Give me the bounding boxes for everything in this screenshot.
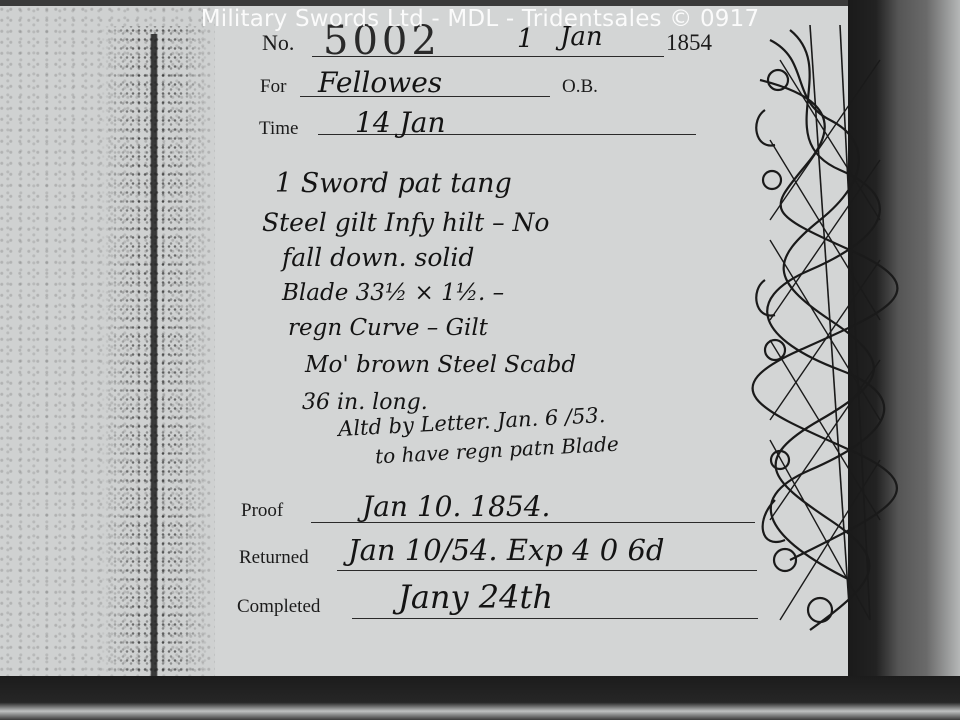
time-label: Time xyxy=(259,118,298,140)
proof-label: Proof xyxy=(241,500,283,522)
returned-label: Returned xyxy=(239,547,309,569)
document-photo: Military Swords Ltd - MDL - Tridentsales… xyxy=(0,0,960,720)
description-line: fall down. solid xyxy=(282,243,474,272)
proof-value: Jan 10. 1854. xyxy=(362,490,550,523)
description-line: 36 in. long. xyxy=(302,390,428,415)
completed-label: Completed xyxy=(237,596,320,618)
description-line: Steel gilt Infy hilt – No xyxy=(262,208,549,237)
completed-rule xyxy=(352,618,758,619)
number-rule xyxy=(312,56,664,57)
for-suffix: O.B. xyxy=(562,76,598,98)
returned-value: Jan 10/54. Exp 4 0 6d xyxy=(348,533,664,567)
returned-rule xyxy=(337,570,757,571)
description-line: 1 Sword pat tang xyxy=(275,168,512,199)
bottom-edge-shadow xyxy=(0,676,960,720)
celtic-knot-border-icon xyxy=(750,20,900,640)
description-line: regn Curve – Gilt xyxy=(288,315,488,341)
date-year: 1854 xyxy=(666,30,712,56)
time-value: 14 Jan xyxy=(355,106,445,139)
description-line: Mo' brown Steel Scabd xyxy=(305,352,576,378)
for-label: For xyxy=(260,76,286,98)
description-line: Blade 33½ × 1½. – xyxy=(282,280,504,306)
book-spine-icon xyxy=(150,34,158,684)
previous-page xyxy=(0,6,230,686)
number-label: No. xyxy=(262,30,294,56)
for-value: Fellowes xyxy=(318,66,442,99)
watermark-text: Military Swords Ltd - MDL - Tridentsales… xyxy=(0,6,960,32)
completed-value: Jany 24th xyxy=(398,578,553,616)
